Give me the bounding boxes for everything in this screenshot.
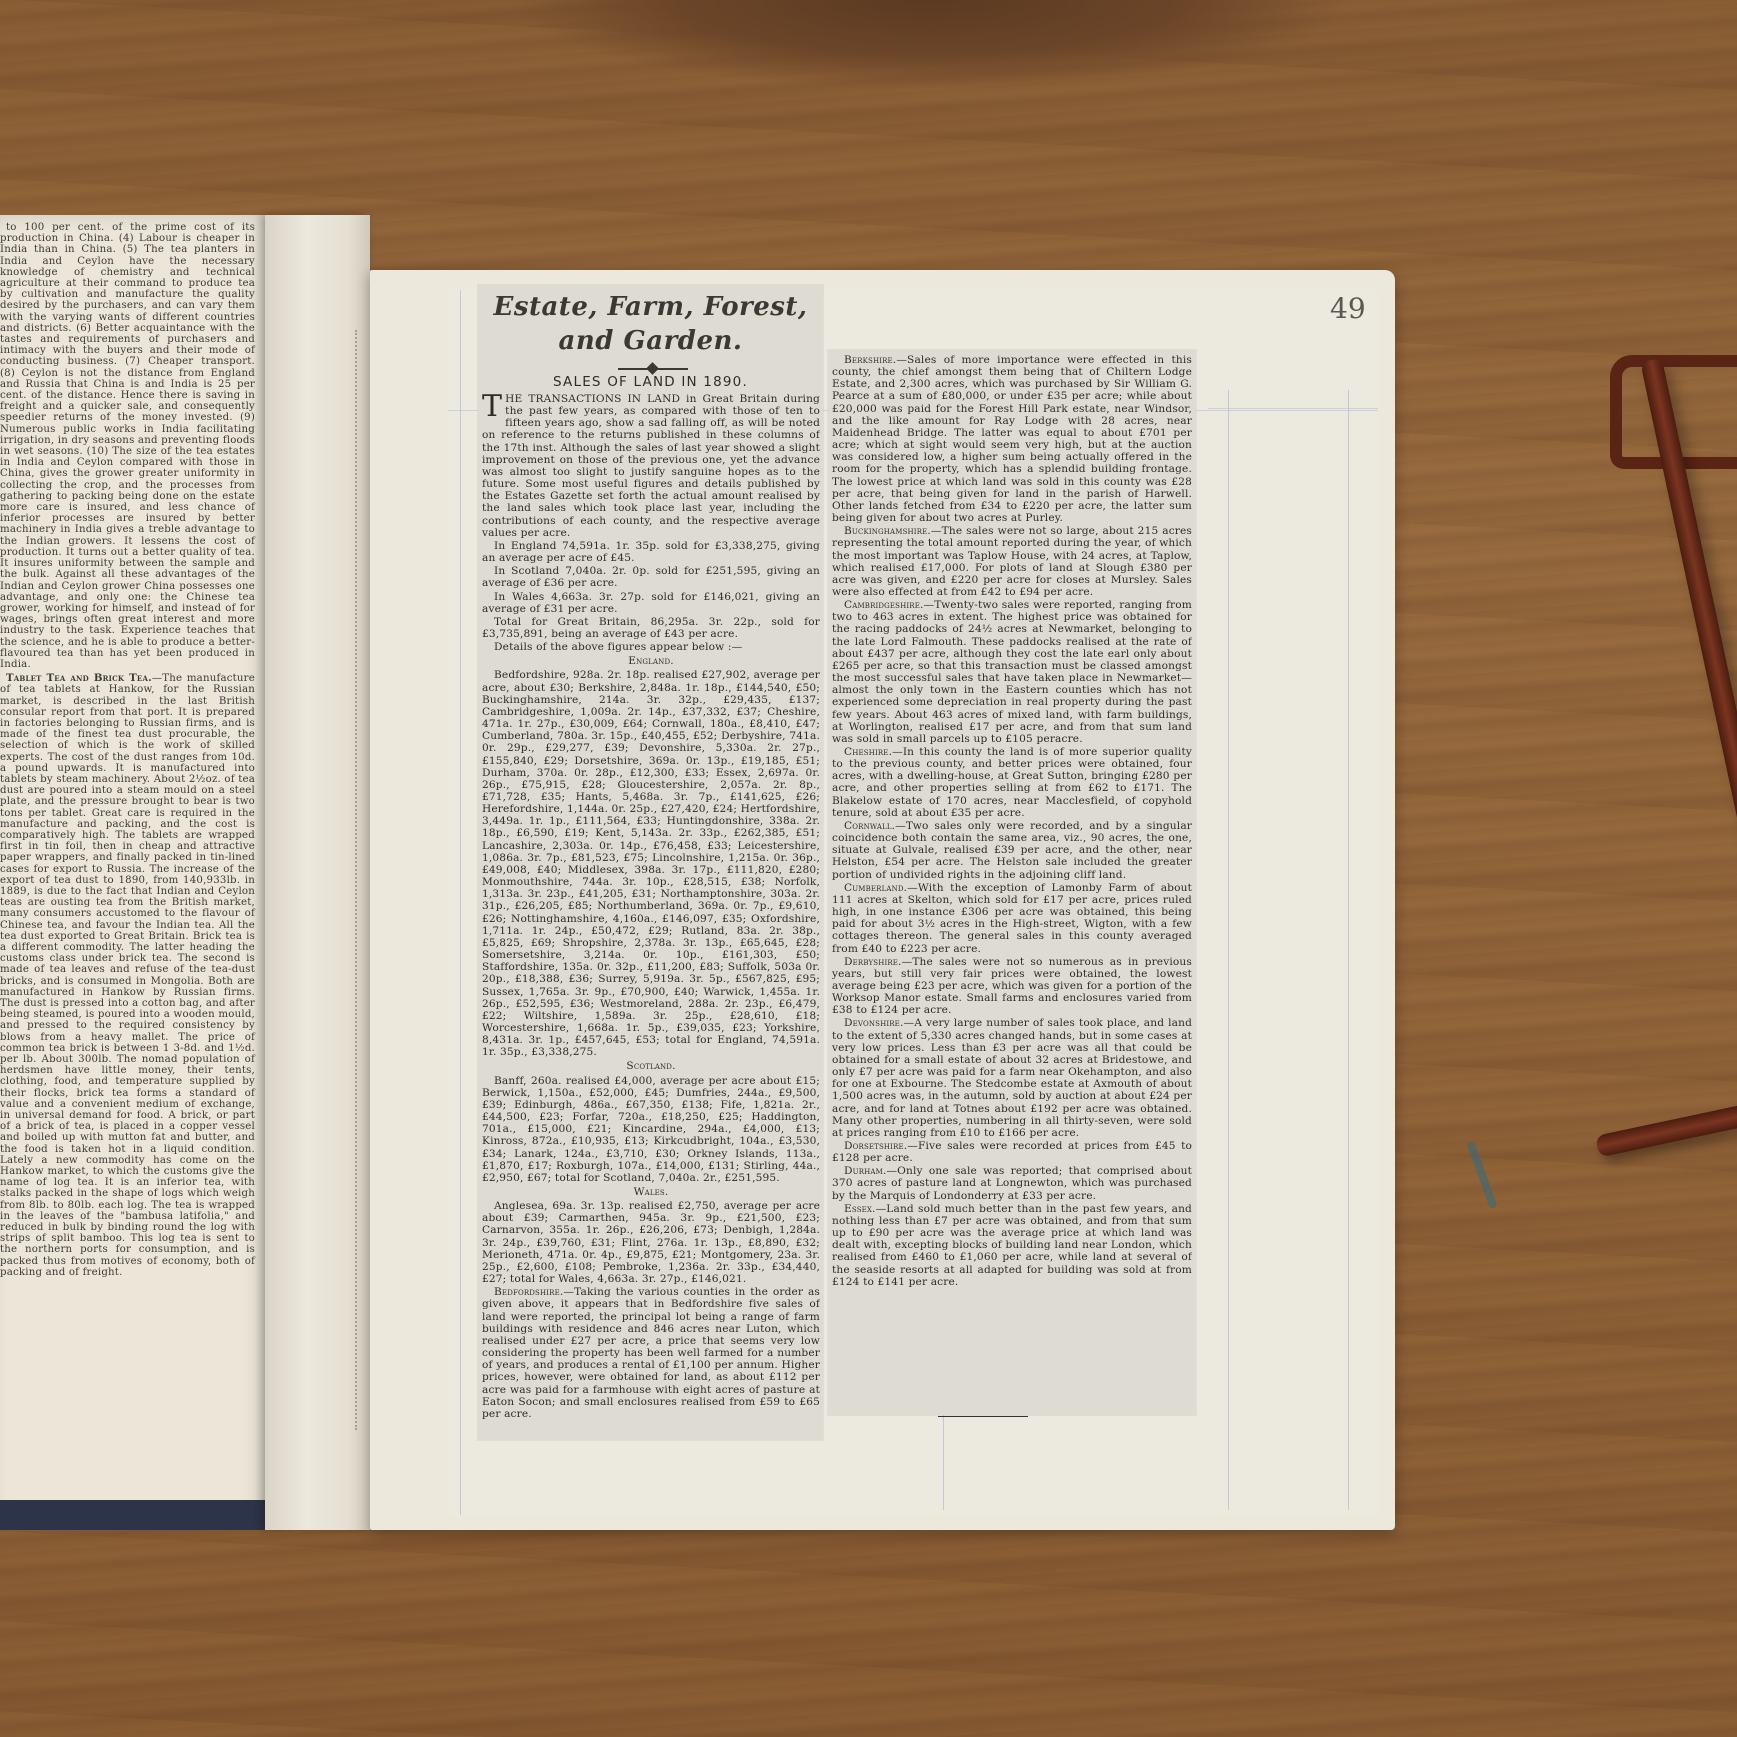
- page-number: 49: [1330, 292, 1366, 325]
- county-paragraph-essex: Essex.—Land sold much better than in the…: [832, 1203, 1192, 1288]
- article-right-column: Berkshire.—Sales of more importance were…: [832, 354, 1192, 1419]
- spectacles-lower-arm: [1595, 1094, 1737, 1157]
- summary-total: Total for Great Britain, 86,295a. 3r. 22…: [482, 616, 820, 640]
- ruled-line: [460, 290, 461, 1515]
- summary-england: In England 74,591a. 1r. 35p. sold for £3…: [482, 540, 820, 564]
- left-page-clipping: to 100 per cent. of the prime cost of it…: [0, 222, 259, 1302]
- county-paragraph-derbyshire: Derbyshire.—The sales were not so numero…: [832, 956, 1192, 1017]
- ruled-line: [1208, 408, 1378, 409]
- tablet-tea-heading: Tablet Tea and Brick Tea.: [6, 672, 152, 684]
- masthead-title: Estate, Farm, Forest, and Garden.: [478, 290, 823, 358]
- summary-scotland: In Scotland 7,040a. 2r. 0p. sold for £25…: [482, 565, 820, 589]
- county-paragraph-berkshire: Berkshire.—Sales of more importance were…: [832, 354, 1192, 524]
- bedfordshire-paragraph: Bedfordshire.—Taking the various countie…: [482, 1286, 820, 1420]
- wales-details: Anglesea, 69a. 3r. 13p. realised £2,750,…: [482, 1200, 820, 1285]
- summary-details: Details of the above figures appear belo…: [482, 641, 820, 653]
- summary-wales: In Wales 4,663a. 3r. 27p. sold for £146,…: [482, 591, 820, 615]
- county-paragraph-cornwall: Cornwall.—Two sales only were recorded, …: [832, 820, 1192, 881]
- scotland-heading: Scotland.: [482, 1060, 820, 1072]
- scotland-details: Banff, 260a. realised £4,000, average pe…: [482, 1075, 820, 1184]
- county-paragraph-cambridgeshire: Cambridgeshire.—Twenty-two sales were re…: [832, 599, 1192, 745]
- binding-stitches: [355, 330, 363, 1430]
- intro-paragraph: THE TRANSACTIONS IN LAND in Great Britai…: [482, 393, 820, 539]
- article-title: SALES OF LAND IN 1890.: [478, 374, 823, 390]
- county-paragraph-buckinghamshire: Buckinghamshire.—The sales were not so l…: [832, 525, 1192, 598]
- england-details: Bedfordshire, 928a. 2r. 18p. realised £2…: [482, 669, 820, 1058]
- ruled-line: [1348, 390, 1349, 1510]
- article-left-column: THE TRANSACTIONS IN LAND in Great Britai…: [482, 393, 820, 1438]
- drop-cap: T: [482, 395, 502, 419]
- wales-heading: Wales.: [482, 1186, 820, 1198]
- ruled-line: [1228, 390, 1229, 1510]
- ink-stain: [1466, 1141, 1497, 1210]
- tea-article-paragraph: to 100 per cent. of the prime cost of it…: [0, 222, 255, 670]
- article-end-rule: [938, 1416, 1028, 1417]
- county-paragraph-cheshire: Cheshire.—In this county the land is of …: [832, 746, 1192, 819]
- county-paragraph-durham: Durham.—Only one sale was reported; that…: [832, 1165, 1192, 1201]
- county-paragraph-devonshire: Devonshire.—A very large number of sales…: [832, 1017, 1192, 1139]
- england-heading: England.: [482, 655, 820, 667]
- county-paragraph-cumberland: Cumberland.—With the exception of Lamonb…: [832, 882, 1192, 955]
- tablet-tea-paragraph: Tablet Tea and Brick Tea.—The manufactur…: [0, 673, 255, 1278]
- county-paragraph-dorsetshire: Dorsetshire.—Five sales were recorded at…: [832, 1140, 1192, 1164]
